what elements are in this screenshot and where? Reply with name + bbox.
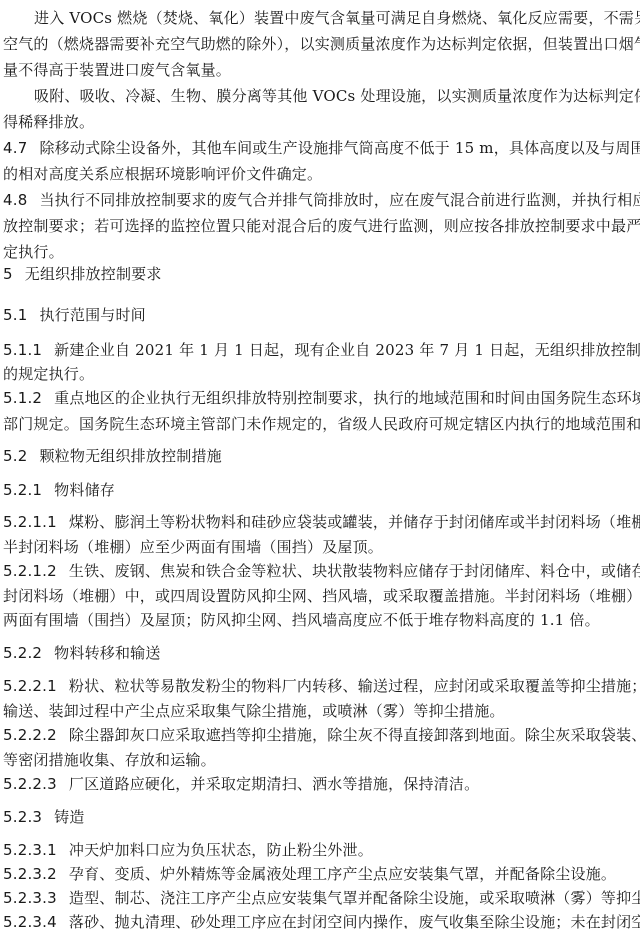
clause-number: 4.7 [3,138,27,158]
clause-5-2-3-1: 5.2.3.1冲天炉加料口应为负压状态，防止粉尘外泄。 [3,840,636,860]
clause-5-1-2: 5.1.2重点地区的企业执行无组织排放特别控制要求，执行的地域范围和时间由国务院… [3,388,636,408]
clause-4-8: 4.8当执行不同排放控制要求的废气合并排气筒排放时，应在废气混合前进行监测，并执… [3,190,636,210]
heading-number: 5.2.2 [3,643,42,663]
heading-title: 执行范围与时间 [39,306,145,324]
clause-5-2-2-3: 5.2.2.3厂区道路应硬化，并采取定期清扫、洒水等措施，保持清洁。 [3,774,636,794]
clause-5-2-2-1: 5.2.2.1粉状、粒状等易散发粉尘的物料厂内转移、输送过程，应封闭或采取覆盖等… [3,676,636,696]
paragraph-line: 封闭料场（堆棚）中，或四周设置防风抑尘网、挡风墙，或采取覆盖措施。半封闭料场（堆… [3,586,636,606]
heading-title: 物料储存 [54,481,115,499]
clause-number: 5.2.1.1 [3,512,57,532]
clause-5-2-1-2: 5.2.1.2生铁、废钢、焦炭和铁合金等粒状、块状散装物料应储存于封闭储库、料仓… [3,561,636,581]
section-heading-5-2-3: 5.2.3铸造 [3,807,636,827]
clause-5-2-3-2: 5.2.3.2孕育、变质、炉外精炼等金属液处理工序产尘点应安装集气罩，并配备除尘… [3,864,636,884]
clause-5-2-2-2: 5.2.2.2除尘器卸灰口应采取遮挡等抑尘措施，除尘灰不得直接卸落到地面。除尘灰… [3,725,636,745]
paragraph-line: 部门规定。国务院生态环境主管部门未作规定的，省级人民政府可规定辖区内执行的地域范… [3,414,636,434]
heading-title: 铸造 [54,808,84,826]
section-heading-5-2: 5.2颗粒物无组织排放控制措施 [3,446,636,466]
paragraph-line: 输送、装卸过程中产尘点应采取集气除尘措施，或喷淋（雾）等抑尘措施。 [3,701,636,721]
clause-number: 5.2.3.1 [3,840,57,860]
clause-5-2-3-3: 5.2.3.3造型、制芯、浇注工序产尘点应安装集气罩并配备除尘设施，或采取喷淋（… [3,888,636,908]
paragraph-line: 两面有围墙（围挡）及屋顶；防风抑尘网、挡风墙高度应不低于堆存物料高度的 1.1 … [3,610,636,630]
clause-5-1-1: 5.1.1新建企业自 2021 年 1 月 1 日起，现有企业自 2023 年 … [3,340,636,360]
heading-number: 5.2.1 [3,480,42,500]
clause-text: 新建企业自 2021 年 1 月 1 日起，现有企业自 2023 年 7 月 1… [54,341,640,359]
paragraph-line: 进入 VOCs 燃烧（焚烧、氧化）装置中废气含氧量可满足自身燃烧、氧化反应需要，… [34,8,636,28]
clause-text: 落砂、抛丸清理、砂处理工序应在封闭空间内操作，废气收集至除尘设施；未在封闭空间内 [69,913,640,929]
paragraph-line: 的规定执行。 [3,364,636,384]
clause-text: 除尘器卸灰口应采取遮挡等抑尘措施，除尘灰不得直接卸落到地面。除尘灰采取袋装、罐装 [69,726,640,744]
paragraph-line: 量不得高于装置进口废气含氧量。 [3,60,636,80]
paragraph-line: 半封闭料场（堆棚）应至少两面有围墙（围挡）及屋顶。 [3,537,636,557]
clause-text: 造型、制芯、浇注工序产尘点应安装集气罩并配备除尘设施，或采取喷淋（雾）等抑尘措施… [69,889,640,907]
clause-number: 5.1.1 [3,340,42,360]
clause-text: 重点地区的企业执行无组织排放特别控制要求，执行的地域范围和时间由国务院生态环境主… [54,389,640,407]
paragraph-line: 空气的（燃烧器需要补充空气助燃的除外），以实测质量浓度作为达标判定依据，但装置出… [3,34,636,54]
clause-number: 5.2.1.2 [3,561,57,581]
section-heading-5: 5无组织排放控制要求 [3,264,636,284]
clause-5-2-3-4: 5.2.3.4落砂、抛丸清理、砂处理工序应在封闭空间内操作，废气收集至除尘设施；… [3,912,636,929]
clause-number: 5.2.3.4 [3,912,57,929]
clause-text: 冲天炉加料口应为负压状态，防止粉尘外泄。 [69,841,373,859]
paragraph-line: 放控制要求；若可选择的监控位置只能对混合后的废气进行监测，则应按各排放控制要求中… [3,216,636,236]
section-heading-5-1: 5.1执行范围与时间 [3,305,636,325]
clause-4-7: 4.7除移动式除尘设备外，其他车间或生产设施排气筒高度不低于 15 m，具体高度… [3,138,636,158]
clause-number: 5.2.2.1 [3,676,57,696]
paragraph-line: 得稀释排放。 [3,112,636,132]
clause-number: 5.2.3.3 [3,888,57,908]
heading-title: 物料转移和输送 [54,644,160,662]
paragraph-line: 的相对高度关系应根据环境影响评价文件确定。 [3,164,636,184]
clause-text: 粉状、粒状等易散发粉尘的物料厂内转移、输送过程，应封闭或采取覆盖等抑尘措施；转移… [69,677,640,695]
heading-number: 5.2.3 [3,807,42,827]
section-heading-5-2-2: 5.2.2物料转移和输送 [3,643,636,663]
clause-number: 5.2.2.3 [3,774,57,794]
clause-5-2-1-1: 5.2.1.1煤粉、膨润土等粉状物料和硅砂应袋装或罐装，并储存于封闭储库或半封闭… [3,512,636,532]
paragraph-line: 吸附、吸收、冷凝、生物、膜分离等其他 VOCs 处理设施，以实测质量浓度作为达标… [34,86,636,106]
clause-text: 厂区道路应硬化，并采取定期清扫、洒水等措施，保持清洁。 [69,775,479,793]
clause-text: 当执行不同排放控制要求的废气合并排气筒排放时，应在废气混合前进行监测，并执行相应… [39,191,640,209]
section-heading-5-2-1: 5.2.1物料储存 [3,480,636,500]
clause-text: 孕育、变质、炉外精炼等金属液处理工序产尘点应安装集气罩，并配备除尘设施。 [69,865,616,883]
clause-number: 5.2.2.2 [3,725,57,745]
heading-number: 5 [3,264,13,284]
clause-number: 4.8 [3,190,27,210]
clause-text: 除移动式除尘设备外，其他车间或生产设施排气筒高度不低于 15 m，具体高度以及与… [39,139,640,157]
clause-text: 煤粉、膨润土等粉状物料和硅砂应袋装或罐装，并储存于封闭储库或半封闭料场（堆棚）中… [69,513,640,531]
paragraph-line: 等密闭措施收集、存放和运输。 [3,750,636,770]
clause-number: 5.2.3.2 [3,864,57,884]
heading-number: 5.2 [3,446,27,466]
heading-title: 无组织排放控制要求 [25,265,162,283]
clause-number: 5.1.2 [3,388,42,408]
paragraph-line: 定执行。 [3,242,636,262]
heading-title: 颗粒物无组织排放控制措施 [39,447,221,465]
clause-text: 生铁、废钢、焦炭和铁合金等粒状、块状散装物料应储存于封闭储库、料仓中，或储存于半 [69,562,640,580]
heading-number: 5.1 [3,305,27,325]
document-page: 进入 VOCs 燃烧（焚烧、氧化）装置中废气含氧量可满足自身燃烧、氧化反应需要，… [0,0,640,929]
